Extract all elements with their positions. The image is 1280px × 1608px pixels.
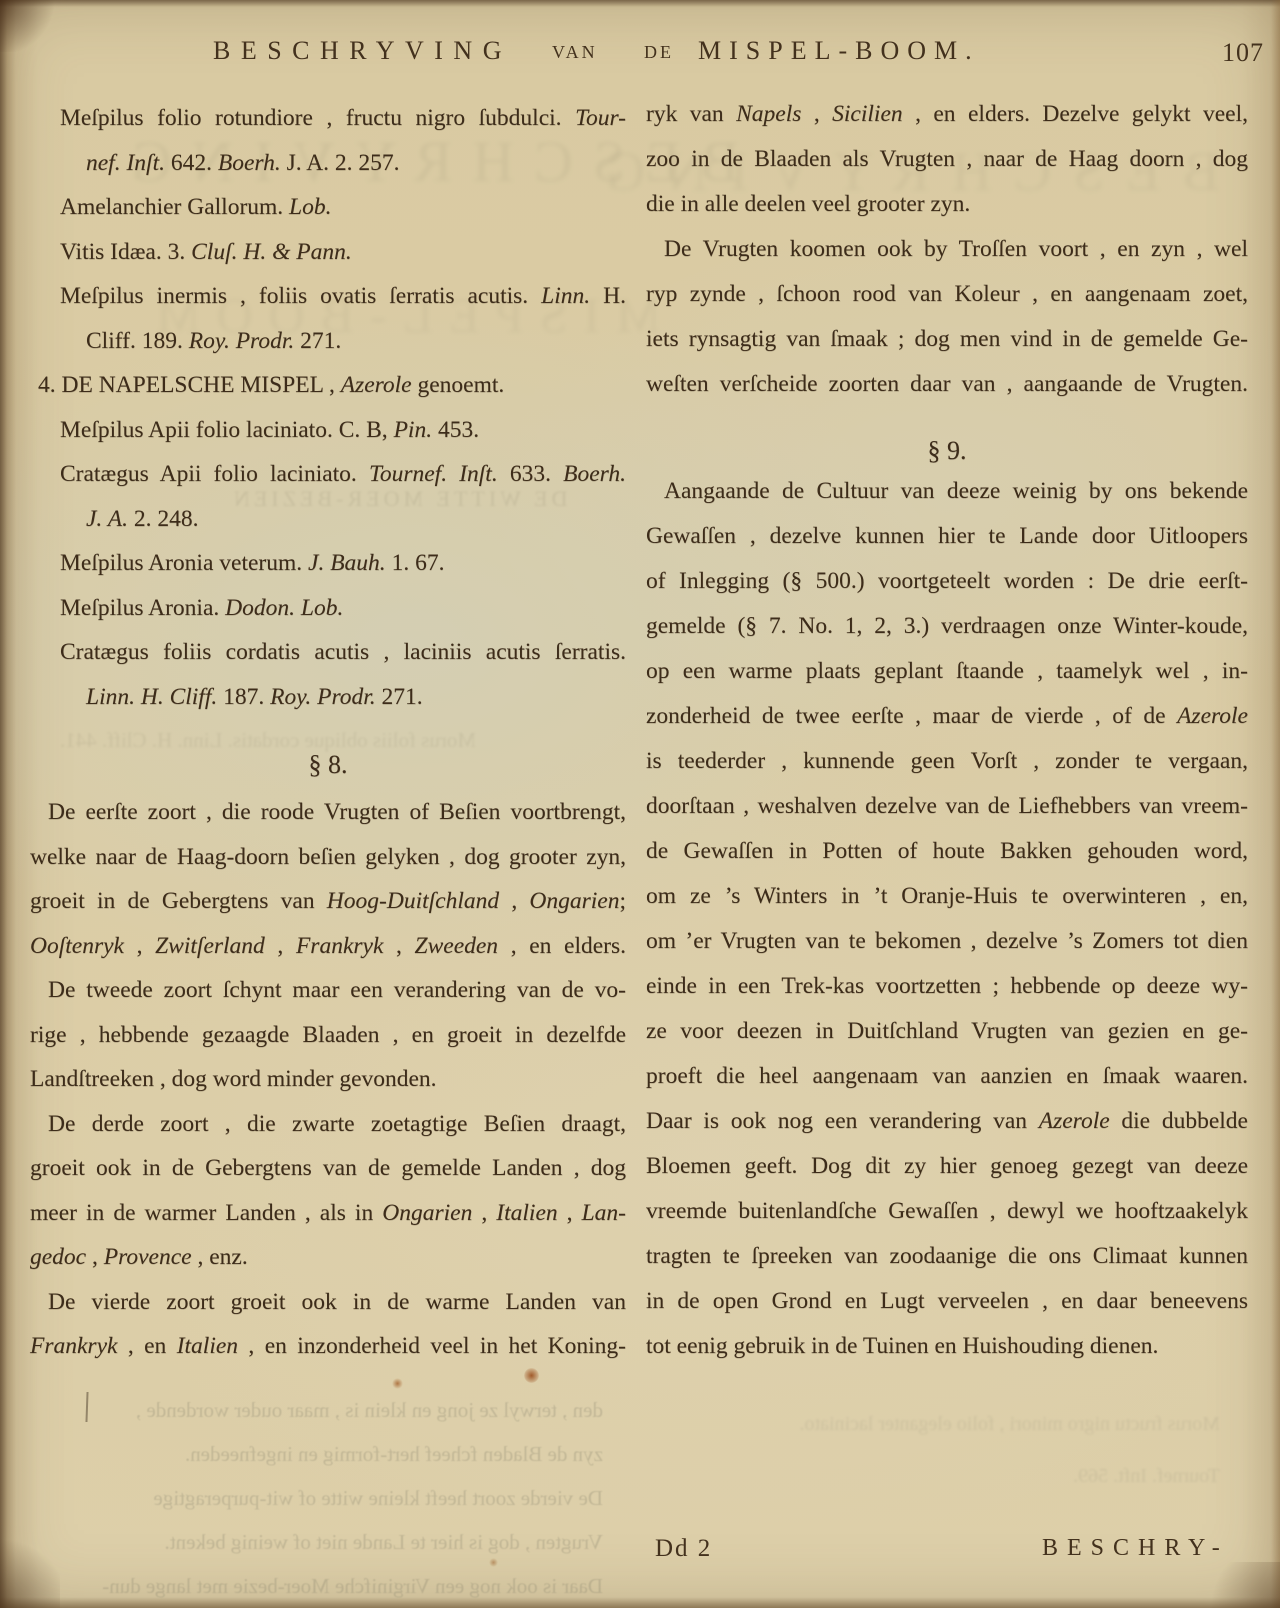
text-line: Meſpilus Apii folio laciniato. C. B, Pin…: [30, 408, 626, 453]
text-line: Cratægus foliis cordatis acutis , lacini…: [30, 630, 626, 675]
ghost-text-line: Vrugten , dog is hier te Lande niet of w…: [18, 1520, 603, 1564]
text-line: tragten te ſpreeken van zoodaanige die o…: [646, 1234, 1248, 1279]
page-edge-right: [1271, 0, 1280, 1608]
text-line: gemelde (§ 7. No. 1, 2, 3.) verdraagen o…: [646, 604, 1248, 649]
text-line: Meſpilus Aronia veterum. J. Bauh. 1. 67.: [30, 541, 626, 586]
ghost-text-line: Tournef. Inft. 569.: [660, 1450, 1220, 1502]
ghost-verso-paragraph: den , terwyl ze jong en klein is , maar …: [18, 1388, 603, 1608]
text-line: vreemde buitenlandſche Gewaſſen , dewyl …: [646, 1189, 1248, 1234]
text-line: die in alle deelen veel grooter zyn.: [646, 182, 1248, 227]
text-line: doorſtaan , weshalven dezelve van de Lie…: [646, 784, 1248, 829]
signature-mark: Dd 2: [655, 1535, 712, 1563]
text-line: Aangaande de Cultuur van deeze weinig by…: [646, 469, 1248, 514]
running-title-end: MISPEL-BOOM.: [698, 36, 980, 66]
foxing-spot: [524, 1368, 539, 1383]
text-column-left: Meſpilus folio rotundiore , fructu nigro…: [30, 96, 626, 1369]
page-header: BESCHRYVING van de MISPEL-BOOM. 107: [0, 36, 1280, 80]
text-line: De Vrugten koomen ook by Troſſen voort ,…: [646, 227, 1248, 272]
text-line: groeit in de Gebergtens van Hoog-Duitſch…: [30, 879, 626, 924]
running-title-de: de: [644, 42, 674, 63]
text-line: ze voor deezen in Duitſchland Vrugten va…: [646, 1009, 1248, 1054]
text-line: Linn. H. Cliff. 187. Roy. Prodr. 271.: [30, 675, 626, 720]
text-line: in de open Grond en Lugt verveelen , en …: [646, 1279, 1248, 1324]
text-line: iets rynsagtig van ſmaak ; dog men vind …: [646, 317, 1248, 362]
text-line: gedoc , Provence , enz.: [30, 1235, 626, 1280]
text-line: meer in de warmer Landen , als in Ongari…: [30, 1191, 626, 1236]
ghost-text-line: Morus fructu nigro minori , folio elegan…: [660, 1398, 1220, 1450]
text-line: Amelanchier Gallorum. Lob.: [30, 185, 626, 230]
foxing-spot: [392, 1378, 403, 1389]
page-number: 107: [1222, 38, 1264, 68]
text-line: Ooſtenryk , Zwitſerland , Frankryk , Zwe…: [30, 924, 626, 969]
text-line: proeft die heel aangenaam van aanzien en…: [646, 1054, 1248, 1099]
catchword: BESCHRY-: [1042, 1535, 1229, 1562]
text-line: Cratægus Apii folio laciniato. Tournef. …: [30, 452, 626, 497]
text-column-right: ryk van Napels , Sicilien , en elders. D…: [646, 92, 1248, 1369]
text-line: om ze ’s Winters in ’t Oranje-Huis te ov…: [646, 874, 1248, 919]
text-line: rige , hebbende gezaagde Blaaden , en gr…: [30, 1013, 626, 1058]
text-line: Frankryk , en Italien , en inzonderheid …: [30, 1324, 626, 1369]
text-line: 4. DE NAPELSCHE MISPEL , Azerole genoemt…: [30, 363, 626, 408]
book-page: BESCHRYVING MISPEL-BOOM BESCHRYVING DE W…: [0, 0, 1280, 1608]
text-line: De derde zoort , die zwarte zoetagtige B…: [30, 1102, 626, 1147]
text-line: Bloemen geeft. Dog dit zy hier genoeg ge…: [646, 1144, 1248, 1189]
text-line: ryp zynde , ſchoon rood van Koleur , en …: [646, 272, 1248, 317]
text-line: De tweede zoort ſchynt maar een verander…: [30, 968, 626, 1013]
text-line: de Gewaſſen in Potten of houte Bakken ge…: [646, 829, 1248, 874]
section-mark: § 9.: [646, 407, 1248, 469]
page-corner-bottom-right: [1200, 1562, 1280, 1608]
text-line: Meſpilus inermis , foliis ovatis ſerrati…: [30, 274, 626, 319]
ghost-text-line: zyn de Bladen fcheef hert-formig en inge…: [18, 1432, 603, 1476]
running-title-main: BESCHRYVING: [213, 36, 512, 66]
text-line: is teederder , kunnende geen Vorſt , zon…: [646, 739, 1248, 784]
text-line: Meſpilus folio rotundiore , fructu nigro…: [30, 96, 626, 141]
ink-stroke: [85, 1392, 88, 1422]
running-title-van: van: [552, 42, 598, 63]
text-line: weſten verſcheide zoorten daar van , aan…: [646, 362, 1248, 407]
page-edge-bottom: [0, 1597, 1280, 1608]
text-line: zoo in de Blaaden als Vrugten , naar de …: [646, 137, 1248, 182]
text-line: J. A. 2. 248.: [30, 497, 626, 542]
text-line: groeit ook in de Gebergtens van de gemel…: [30, 1146, 626, 1191]
text-line: of Inlegging (§ 500.) voortgeteelt worde…: [646, 559, 1248, 604]
text-line: ryk van Napels , Sicilien , en elders. D…: [646, 92, 1248, 137]
text-line: Daar is ook nog een verandering van Azer…: [646, 1099, 1248, 1144]
page-edge-top: [0, 0, 1280, 7]
text-line: Vitis Idæa. 3. Cluſ. H. & Pann.: [30, 230, 626, 275]
ghost-verso-paragraph: Morus fructu nigro minori , folio elegan…: [660, 1398, 1220, 1502]
section-mark: § 8.: [30, 719, 626, 790]
text-line: De vierde zoort groeit ook in de warme L…: [30, 1280, 626, 1325]
ghost-text-line: den , terwyl ze jong en klein is , maar …: [18, 1388, 603, 1432]
text-line: Cliff. 189. Roy. Prodr. 271.: [30, 319, 626, 364]
text-line: om ’er Vrugten van te bekomen , dezelve …: [646, 919, 1248, 964]
text-line: Meſpilus Aronia. Dodon. Lob.: [30, 586, 626, 631]
ghost-text-line: Daar is ook nog een Virginifche Moer-bez…: [18, 1564, 603, 1608]
text-line: tot eenig gebruik in de Tuinen en Huisho…: [646, 1324, 1248, 1369]
text-line: op een warme plaats geplant ſtaande , ta…: [646, 649, 1248, 694]
text-line: De eerſte zoort , die roode Vrugten of B…: [30, 790, 626, 835]
ghost-text-line: De vierde zoort heeft kleine witte of wi…: [18, 1476, 603, 1520]
text-line: Gewaſſen , dezelve kunnen hier te Lande …: [646, 514, 1248, 559]
page-edge-left: [0, 0, 16, 1608]
text-line: welke naar de Haag-doorn beſien gelyken …: [30, 835, 626, 880]
page-corner-bottom-left: [0, 1538, 60, 1608]
text-line: Landſtreeken , dog word minder gevonden.: [30, 1057, 626, 1102]
text-line: zonderheid de twee eerſte , maar de vier…: [646, 694, 1248, 739]
text-line: einde in een Trek-kas voortzetten ; hebb…: [646, 964, 1248, 1009]
foxing-spot: [489, 1558, 498, 1567]
text-line: nef. Inſt. 642. Boerh. J. A. 2. 257.: [30, 141, 626, 186]
